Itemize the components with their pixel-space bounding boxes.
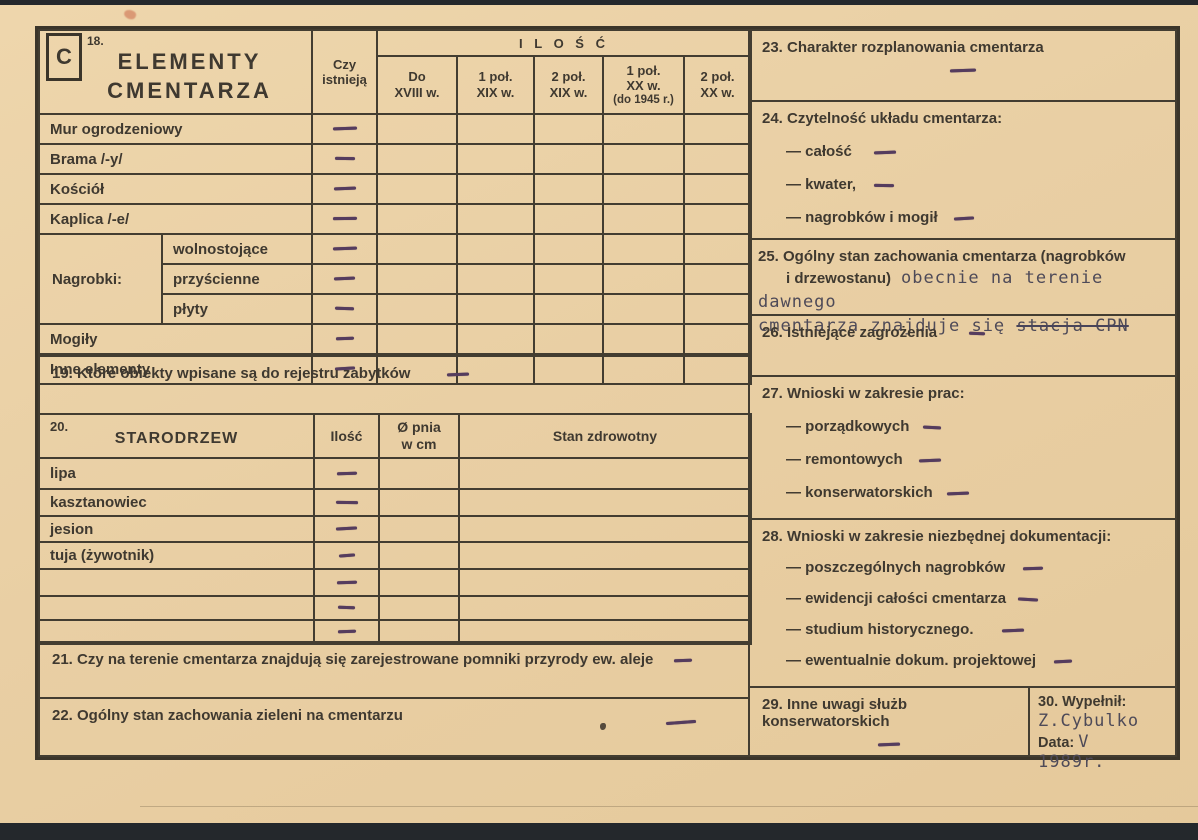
scan-edge-bottom xyxy=(0,823,1198,840)
empty-cell xyxy=(377,144,457,174)
handwritten-dash xyxy=(333,187,355,191)
table-row: Kościół xyxy=(39,174,751,204)
empty-cell xyxy=(684,324,751,354)
list-item: — poszczególnych nagrobków xyxy=(762,559,1163,576)
empty-cell xyxy=(459,569,751,596)
handwritten-dash xyxy=(673,658,691,662)
table-row: tuja (żywotnik) xyxy=(39,542,751,569)
section-26-text: 26. Istniejące zagrożenia xyxy=(762,324,937,341)
section-22-greenery-condition: 22. Ogólny stan zachowania zieleni na cm… xyxy=(38,697,750,757)
answer-cell xyxy=(314,542,379,569)
section-18-header-cell: C 18. ELEMENTY CMENTARZA xyxy=(39,30,312,114)
answer-cell xyxy=(312,204,377,234)
column-header-2h-19th-c: 2 poł.XIX w. xyxy=(534,56,603,114)
list-item: — porządkowych xyxy=(762,418,1163,435)
section-25-printed-text: 25. Ogólny stan zachowania cmentarza (na… xyxy=(758,246,1167,315)
empty-cell xyxy=(377,294,457,324)
row-label-gravestones-group: Nagrobki: xyxy=(39,234,162,324)
handwritten-dash xyxy=(335,337,353,341)
empty-cell xyxy=(684,144,751,174)
empty-cell xyxy=(457,144,534,174)
section-24-title: 24. Czytelność układu cmentarza: xyxy=(762,110,1163,127)
handwritten-dash xyxy=(666,720,696,725)
row-label-linden: lipa xyxy=(39,458,314,489)
empty-cell xyxy=(603,234,684,264)
empty-cell xyxy=(379,458,459,489)
handwritten-dash xyxy=(874,183,894,186)
section-26-existing-threats: 26. Istniejące zagrożenia xyxy=(748,314,1177,377)
row-label-wall: Mur ogrodzeniowy xyxy=(39,114,312,144)
table-row xyxy=(39,569,751,596)
section-24-layout-legibility: 24. Czytelność układu cmentarza: — całoś… xyxy=(748,100,1177,240)
row-label-slabs: płyty xyxy=(162,294,312,324)
empty-cell xyxy=(534,234,603,264)
empty-cell xyxy=(603,264,684,294)
handwritten-dash xyxy=(1054,659,1072,663)
empty-cell xyxy=(534,204,603,234)
section-28-title: 28. Wnioski w zakresie niezbędnej dokume… xyxy=(762,528,1163,545)
section-30-filled-by: 30. Wypełnił: Z.Cybulko Data: V 1989r. xyxy=(1028,686,1177,757)
handwritten-dash xyxy=(923,425,941,429)
handwritten-dash xyxy=(874,150,896,154)
answer-cell xyxy=(314,596,379,620)
empty-cell xyxy=(534,174,603,204)
list-item: — kwater, xyxy=(762,176,1163,193)
empty-cell xyxy=(603,114,684,144)
empty-cell xyxy=(457,264,534,294)
row-label-church: Kościół xyxy=(39,174,312,204)
list-item: — ewentualnie dokum. projektowej xyxy=(762,652,1163,669)
handwritten-dash xyxy=(334,157,354,160)
empty-cell xyxy=(534,324,603,354)
empty-cell xyxy=(377,114,457,144)
handwritten-dash xyxy=(336,471,356,475)
empty-cell xyxy=(603,324,684,354)
handwritten-dash xyxy=(338,606,355,610)
table-row: Brama /-y/ xyxy=(39,144,751,174)
row-label-chapel: Kaplica /-e/ xyxy=(39,204,312,234)
section-22-text: 22. Ogólny stan zachowania zieleni na cm… xyxy=(52,707,403,724)
list-item: — nagrobków i mogił xyxy=(762,209,1163,226)
column-header-exists: Czy istnieją xyxy=(312,30,377,114)
empty-cell xyxy=(377,174,457,204)
section-18-number: 18. xyxy=(87,34,104,48)
table-row: Mur ogrodzeniowy xyxy=(39,114,751,144)
handwritten-dash xyxy=(338,553,354,557)
section-25-preservation-state: 25. Ogólny stan zachowania cmentarza (na… xyxy=(748,238,1177,316)
row-label-gate: Brama /-y/ xyxy=(39,144,312,174)
handwritten-dash xyxy=(919,458,941,462)
empty-cell xyxy=(457,234,534,264)
empty-cell xyxy=(684,294,751,324)
section-18-title: ELEMENTY CMENTARZA xyxy=(46,48,305,105)
handwritten-dash xyxy=(1001,628,1023,632)
empty-cell xyxy=(603,204,684,234)
handwritten-dash xyxy=(335,501,357,504)
section-19-text: 19. Które obiekty wpisane są do rejestru… xyxy=(52,365,410,382)
empty-species-row xyxy=(39,596,314,620)
empty-cell xyxy=(459,596,751,620)
section-20-old-trees-table: 20. STARODRZEW Ilość Ø pniaw cm Stan zdr… xyxy=(38,413,752,645)
column-header-quantity: Ilość xyxy=(314,414,379,458)
list-item: — ewidencji całości cmentarza xyxy=(762,590,1163,607)
handwritten-dash xyxy=(969,331,985,335)
answer-cell xyxy=(312,234,377,264)
handwritten-dash xyxy=(336,580,356,584)
section-23-text: 23. Charakter rozplanowania cmentarza xyxy=(762,39,1163,56)
section-23-layout-character: 23. Charakter rozplanowania cmentarza xyxy=(748,29,1177,102)
row-label-chestnut: kasztanowiec xyxy=(39,489,314,516)
paper-fold-line xyxy=(140,806,1198,807)
scan-edge-top xyxy=(0,0,1198,5)
section-28-documentation-recommendations: 28. Wnioski w zakresie niezbędnej dokume… xyxy=(748,518,1177,688)
filled-by-name-typed: Z.Cybulko xyxy=(1038,711,1167,731)
empty-cell xyxy=(379,542,459,569)
empty-cell xyxy=(459,516,751,542)
empty-cell xyxy=(377,264,457,294)
series-letter-box: C xyxy=(46,33,82,81)
handwritten-dash xyxy=(447,372,469,376)
handwritten-dash xyxy=(334,277,355,281)
handwritten-dash xyxy=(336,527,357,531)
section-27-title: 27. Wnioski w zakresie prac: xyxy=(762,385,1163,402)
empty-cell xyxy=(684,114,751,144)
row-label-freestanding: wolnostojące xyxy=(162,234,312,264)
section-20-title: STARODRZEW xyxy=(46,429,307,448)
empty-cell xyxy=(534,144,603,174)
red-ink-smudge xyxy=(123,8,138,21)
row-label-ash: jesion xyxy=(39,516,314,542)
answer-cell xyxy=(312,294,377,324)
column-header-health: Stan zdrowotny xyxy=(459,414,751,458)
empty-cell xyxy=(534,294,603,324)
answer-cell xyxy=(312,324,377,354)
table-row: jesion xyxy=(39,516,751,542)
answer-cell xyxy=(314,489,379,516)
table-row: kasztanowiec xyxy=(39,489,751,516)
section-29-conservator-remarks: 29. Inne uwagi służb konserwatorskich xyxy=(748,686,1030,757)
empty-cell xyxy=(457,174,534,204)
column-header-1h-20th-c: 1 poł.XX w.(do 1945 r.) xyxy=(603,56,684,114)
empty-cell xyxy=(457,294,534,324)
row-label-thuja: tuja (żywotnik) xyxy=(39,542,314,569)
answer-cell xyxy=(314,516,379,542)
empty-cell xyxy=(459,458,751,489)
empty-cell xyxy=(459,542,751,569)
empty-cell xyxy=(603,294,684,324)
handwritten-dash xyxy=(1023,566,1043,570)
ink-speck xyxy=(600,723,606,730)
handwritten-dash xyxy=(335,307,354,311)
empty-cell xyxy=(457,114,534,144)
table-row: Mogiły xyxy=(39,324,751,354)
section-29-text: 29. Inne uwagi służb konserwatorskich xyxy=(762,696,1016,730)
empty-cell xyxy=(684,204,751,234)
empty-cell xyxy=(379,569,459,596)
table-row: Kaplica /-e/ xyxy=(39,204,751,234)
row-label-wall-mounted: przyścienne xyxy=(162,264,312,294)
handwritten-dash xyxy=(954,216,974,220)
handwritten-dash xyxy=(947,491,969,495)
section-27-work-recommendations: 27. Wnioski w zakresie prac: — porządkow… xyxy=(748,375,1177,520)
table-row xyxy=(39,596,751,620)
empty-cell xyxy=(684,264,751,294)
empty-cell xyxy=(379,596,459,620)
empty-cell xyxy=(534,264,603,294)
list-item: — całość xyxy=(762,143,1163,160)
handwritten-dash xyxy=(332,127,356,131)
empty-cell xyxy=(684,174,751,204)
answer-cell xyxy=(312,174,377,204)
empty-species-row xyxy=(39,569,314,596)
row-label-burial-mounds: Mogiły xyxy=(39,324,312,354)
empty-cell xyxy=(377,324,457,354)
handwritten-dash xyxy=(1018,597,1038,601)
answer-cell xyxy=(312,144,377,174)
cemetery-record-card: C 18. ELEMENTY CMENTARZA Czy istnieją I … xyxy=(35,26,1180,760)
answer-cell xyxy=(312,114,377,144)
column-header-2h-20th-c: 2 poł.XX w. xyxy=(684,56,751,114)
list-item: — studium historycznego. xyxy=(762,621,1163,638)
empty-cell xyxy=(379,516,459,542)
empty-cell xyxy=(377,204,457,234)
section-18-elements-table: C 18. ELEMENTY CMENTARZA Czy istnieją I … xyxy=(38,29,752,385)
handwritten-dash xyxy=(337,630,355,634)
empty-cell xyxy=(379,489,459,516)
section-20-header-cell: 20. STARODRZEW xyxy=(39,414,314,458)
section-21-nature-monuments: 21. Czy na terenie cmentarza znajdują si… xyxy=(38,641,750,699)
handwritten-dash xyxy=(332,247,356,251)
answer-cell xyxy=(312,264,377,294)
column-header-trunk-diameter: Ø pniaw cm xyxy=(379,414,459,458)
handwritten-dash xyxy=(878,743,900,747)
empty-cell xyxy=(457,204,534,234)
empty-cell xyxy=(603,144,684,174)
empty-cell xyxy=(684,234,751,264)
empty-cell xyxy=(459,489,751,516)
empty-cell xyxy=(377,234,457,264)
answer-cell xyxy=(314,569,379,596)
list-item: — remontowych xyxy=(762,451,1163,468)
column-header-to-18th-c: DoXVIII w. xyxy=(377,56,457,114)
handwritten-dash xyxy=(332,217,356,220)
column-group-quantity: I L O Ś Ć xyxy=(377,30,751,56)
list-item: — konserwatorskich xyxy=(762,484,1163,501)
section-20-number: 20. xyxy=(50,419,68,435)
handwritten-dash xyxy=(949,69,975,73)
empty-cell xyxy=(534,114,603,144)
empty-cell xyxy=(603,174,684,204)
table-row: Nagrobki: wolnostojące xyxy=(39,234,751,264)
section-19-register: 19. Które obiekty wpisane są do rejestru… xyxy=(38,355,750,415)
empty-cell xyxy=(457,324,534,354)
filled-by-label: 30. Wypełnił: xyxy=(1038,694,1167,710)
date-line: Data: V 1989r. xyxy=(1038,732,1167,772)
column-header-1h-19th-c: 1 poł.XIX w. xyxy=(457,56,534,114)
table-row: lipa xyxy=(39,458,751,489)
answer-cell xyxy=(314,458,379,489)
section-21-text: 21. Czy na terenie cmentarza znajdują si… xyxy=(52,651,653,668)
